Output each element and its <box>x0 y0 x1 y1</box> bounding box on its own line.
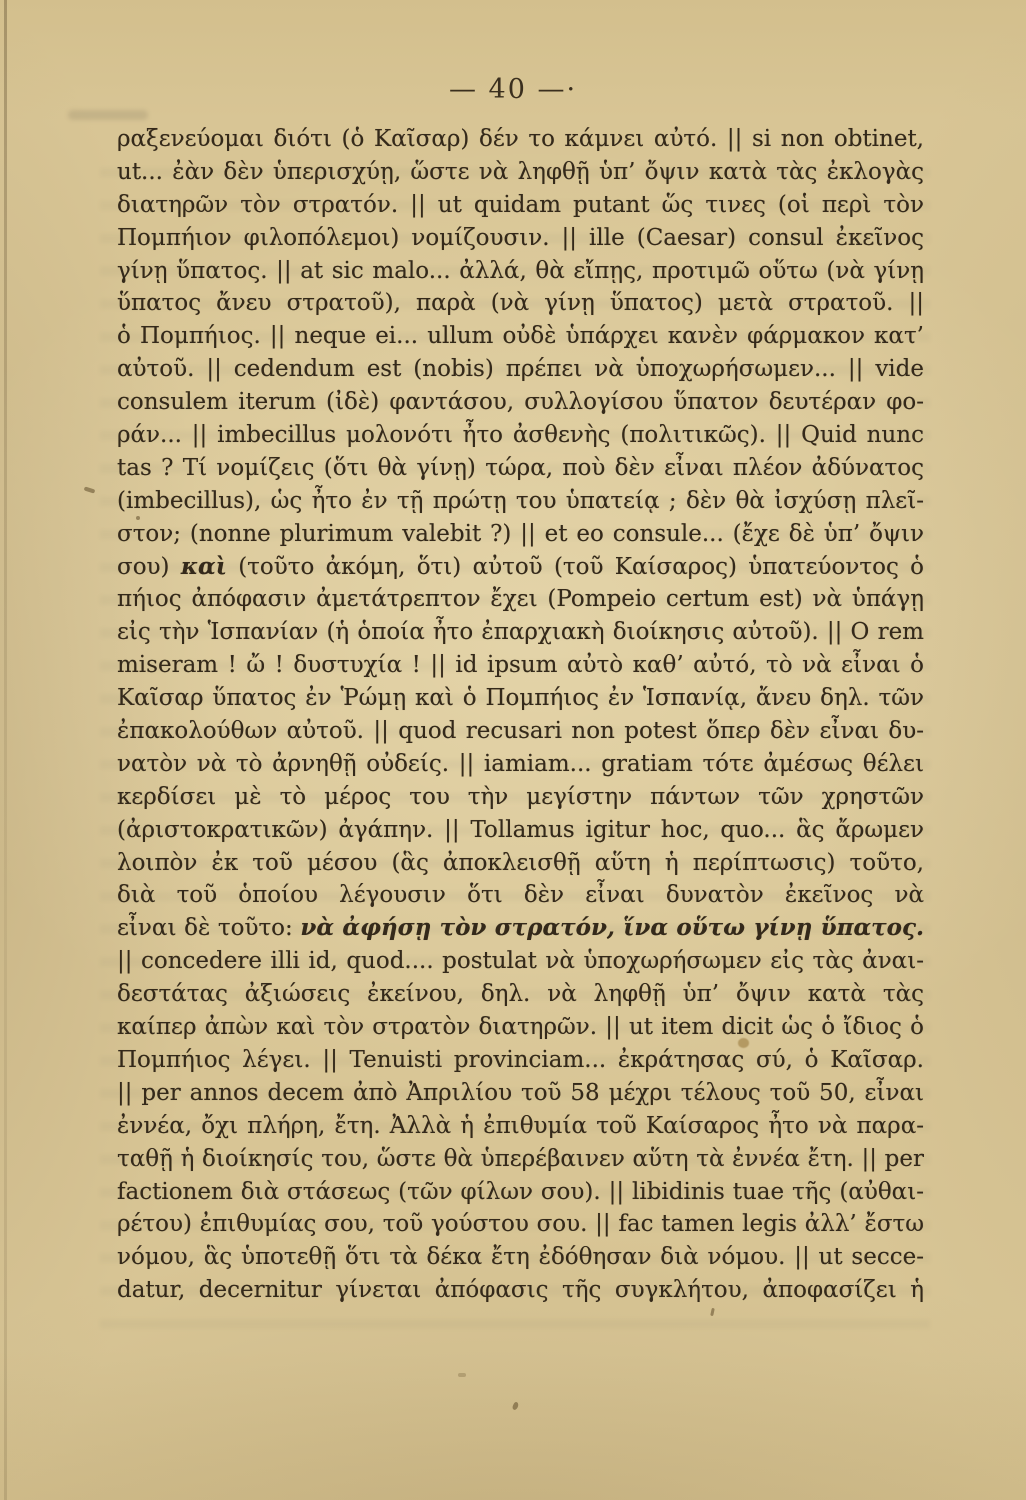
text-run: νατὸν νὰ τὸ ἀρνηθῇ οὐδείς. || iamiam... … <box>117 751 924 777</box>
text-run: ἐπακολούθων αὐτοῦ. || quod recusari non … <box>117 718 924 744</box>
text-run: (τοῦτο ἀκόμη, ὅτι) αὐτοῦ (τοῦ Καίσαρος) … <box>117 554 924 584</box>
text-run: ὁ Πομπήιος. || neque ei... ullum οὐδὲ ὑπ… <box>117 323 924 349</box>
text-run: datur, decernitur γίνεται ἀπόφασις τῆς σ… <box>117 1277 924 1303</box>
text-run: || concedere illi id, quod.... postulat … <box>117 948 924 974</box>
text-line: δεστάτας ἀξιώσεις ἐκείνου, δηλ. νὰ ληφθῇ… <box>117 978 924 1011</box>
text-line: γίνῃ ὕπατος. || at sic malo... ἀλλά, θὰ … <box>117 255 924 288</box>
text-run: εἶναι δὲ τοῦτο: <box>117 915 300 941</box>
text-line: λοιπὸν ἐκ τοῦ μέσου (ἃς ἀποκλεισθῇ αὕτη … <box>117 847 924 880</box>
text-line: Καῖσαρ ὕπατος ἐν Ῥώμῃ καὶ ὁ Πομπήιος ἐν … <box>117 682 924 715</box>
text-run: ἐννέα, ὄχι πλήρη, ἔτη. Ἀλλὰ ἡ ἐπιθυμία τ… <box>117 1113 924 1139</box>
text-run: ραξενεύομαι διότι (ὁ Καῖσαρ) δέν το κάμν… <box>117 126 924 152</box>
text-line: Πομπήιος λέγει. || Tenuisti provinciam..… <box>117 1044 924 1077</box>
text-line: consulem iterum (ἰδὲ) φαντάσου, συλλογίσ… <box>117 386 924 419</box>
text-line: tas ? Τί νομίζεις (ὅτι θὰ γίνῃ) τώρα, πο… <box>117 452 924 485</box>
text-block: ραξενεύομαι διότι (ὁ Καῖσαρ) δέν το κάμν… <box>117 123 924 1307</box>
text-line: διὰ τοῦ ὁποίου λέγουσιν ὅτι δὲν εἶναι δυ… <box>117 879 924 912</box>
text-line: ὕπατος ἄνευ στρατοῦ), παρὰ (νὰ γίνῃ ὕπατ… <box>117 287 924 320</box>
text-run: πήιος ἀπόφασιν ἀμετάτρεπτον ἔχει (Pompei… <box>117 586 924 612</box>
text-run: || per annos decem ἀπὸ Ἀπριλίου τοῦ 58 μ… <box>117 1080 924 1106</box>
paper-speck <box>84 486 96 493</box>
text-run: tas ? Τί νομίζεις (ὅτι θὰ γίνῃ) τώρα, πο… <box>117 455 924 481</box>
text-line: ταθῇ ἡ διοίκησίς του, ὥστε θὰ ὑπερέβαινε… <box>117 1143 924 1176</box>
text-run: ut... ἐὰν δὲν ὑπερισχύῃ, ὥστε νὰ ληφθῇ ὑ… <box>117 159 924 185</box>
text-run: διατηρῶν τὸν στρατόν. || ut quidam putan… <box>117 192 924 218</box>
text-run: consulem iterum (ἰδὲ) φαντάσου, συλλογίσ… <box>117 389 924 415</box>
text-line: factionem διὰ στάσεως (τῶν φίλων σου). |… <box>117 1176 924 1209</box>
text-line: καίπερ ἀπὼν καὶ τὸν στρατὸν διατηρῶν. ||… <box>117 1011 924 1044</box>
text-run: εἰς τὴν Ἱσπανίαν (ἡ ὁποία ἦτο ἐπαρχιακὴ … <box>117 619 924 645</box>
text-line: ἐπακολούθων αὐτοῦ. || quod recusari non … <box>117 715 924 748</box>
paper-speck <box>136 516 140 520</box>
text-line: διατηρῶν τὸν στρατόν. || ut quidam putan… <box>117 189 924 222</box>
ink-smudge <box>68 110 148 120</box>
text-run: αὐτοῦ. || cedendum est (nobis) πρέπει νὰ… <box>117 356 924 382</box>
emphasized-text-run: νὰ ἀφήσῃ τὸν στρατόν, ἵνα οὕτω γίνῃ ὕπατ… <box>300 914 924 941</box>
text-run: ρέτου) ἐπιθυμίας σου, τοῦ γούστου σου. |… <box>117 1211 924 1237</box>
text-line: πήιος ἀπόφασιν ἀμετάτρεπτον ἔχει (Pompei… <box>117 583 924 616</box>
paper-speck <box>512 1401 520 1410</box>
text-line: εἰς τὴν Ἱσπανίαν (ἡ ὁποία ἦτο ἐπαρχιακὴ … <box>117 616 924 649</box>
text-line: (ἀριστοκρατικῶν) ἀγάπην. || Tollamus igi… <box>117 814 924 847</box>
text-line: ut... ἐὰν δὲν ὑπερισχύῃ, ὥστε νὰ ληφθῇ ὑ… <box>117 156 924 189</box>
text-run: στον; (nonne plurimum valebit ?) || et e… <box>117 521 924 547</box>
text-line: σου) καὶ (τοῦτο ἀκόμη, ὅτι) αὐτοῦ (τοῦ Κ… <box>117 551 924 584</box>
text-run: λοιπὸν ἐκ τοῦ μέσου (ἃς ἀποκλεισθῇ αὕτη … <box>117 850 924 876</box>
page-edge-crease <box>4 0 7 1500</box>
text-run: (ἀριστοκρατικῶν) ἀγάπην. || Tollamus igi… <box>117 817 924 843</box>
text-line: νατὸν νὰ τὸ ἀρνηθῇ οὐδείς. || iamiam... … <box>117 748 924 781</box>
text-run: ὕπατος ἄνευ στρατοῦ), παρὰ (νὰ γίνῃ ὕπατ… <box>117 290 924 320</box>
text-run: Πομπήιον φιλοπόλεμοι) νομίζουσιν. || ill… <box>117 225 924 255</box>
text-run: νόμου, ἃς ὑποτεθῇ ὅτι τὰ δέκα ἔτη ἐδόθησ… <box>117 1244 924 1270</box>
text-line: (imbecillus), ὡς ἦτο ἐν τῇ πρώτῃ του ὑπα… <box>117 485 924 518</box>
text-run: (imbecillus), ὡς ἦτο ἐν τῇ πρώτῃ του ὑπα… <box>117 488 924 514</box>
text-run: σου) <box>117 554 181 580</box>
text-line: ὁ Πομπήιος. || neque ei... ullum οὐδὲ ὑπ… <box>117 320 924 353</box>
text-run: Καῖσαρ ὕπατος ἐν Ῥώμῃ καὶ ὁ Πομπήιος ἐν … <box>117 685 924 711</box>
text-run: ράν... || imbecillus μολονότι ἦτο ἀσθενὴ… <box>117 422 924 452</box>
text-line: αὐτοῦ. || cedendum est (nobis) πρέπει νὰ… <box>117 353 924 386</box>
page-number: — 40 —· <box>0 74 1026 105</box>
text-run: διὰ τοῦ ὁποίου λέγουσιν ὅτι δὲν εἶναι δυ… <box>117 882 924 912</box>
text-line: Πομπήιον φιλοπόλεμοι) νομίζουσιν. || ill… <box>117 222 924 255</box>
text-run: Πομπήιος λέγει. || Tenuisti provinciam..… <box>117 1047 924 1073</box>
text-line: || concedere illi id, quod.... postulat … <box>117 945 924 978</box>
text-run: miseram ! ὤ ! δυστυχία ! || id ipsum αὐτ… <box>117 652 924 678</box>
text-line: ἐννέα, ὄχι πλήρη, ἔτη. Ἀλλὰ ἡ ἐπιθυμία τ… <box>117 1110 924 1143</box>
text-run: γίνῃ ὕπατος. || at sic malo... ἀλλά, θὰ … <box>117 258 924 284</box>
paper-stain <box>738 1038 749 1048</box>
text-line: ρέτου) ἐπιθυμίας σου, τοῦ γούστου σου. |… <box>117 1208 924 1241</box>
text-line: εἶναι δὲ τοῦτο: νὰ ἀφήσῃ τὸν στρατόν, ἵν… <box>117 912 924 945</box>
text-line: νόμου, ἃς ὑποτεθῇ ὅτι τὰ δέκα ἔτη ἐδόθησ… <box>117 1241 924 1274</box>
text-run: factionem διὰ στάσεως (τῶν φίλων σου). |… <box>117 1179 924 1205</box>
paper-speck <box>458 1373 466 1377</box>
text-line: || per annos decem ἀπὸ Ἀπριλίου τοῦ 58 μ… <box>117 1077 924 1110</box>
text-line: στον; (nonne plurimum valebit ?) || et e… <box>117 518 924 551</box>
text-line: ραξενεύομαι διότι (ὁ Καῖσαρ) δέν το κάμν… <box>117 123 924 156</box>
text-run: κερδίσει μὲ τὸ μέρος του τὴν μεγίστην πά… <box>117 784 924 814</box>
text-line: κερδίσει μὲ τὸ μέρος του τὴν μεγίστην πά… <box>117 781 924 814</box>
text-run: δεστάτας ἀξιώσεις ἐκείνου, δηλ. νὰ ληφθῇ… <box>117 981 924 1011</box>
text-line: datur, decernitur γίνεται ἀπόφασις τῆς σ… <box>117 1274 924 1307</box>
text-run: καίπερ ἀπὼν καὶ τὸν στρατὸν διατηρῶν. ||… <box>117 1014 924 1040</box>
text-run: ταθῇ ἡ διοίκησίς του, ὥστε θὰ ὑπερέβαινε… <box>117 1146 924 1172</box>
text-line: ράν... || imbecillus μολονότι ἦτο ἀσθενὴ… <box>117 419 924 452</box>
emphasized-text-run: καὶ <box>181 553 227 580</box>
text-line: miseram ! ὤ ! δυστυχία ! || id ipsum αὐτ… <box>117 649 924 682</box>
